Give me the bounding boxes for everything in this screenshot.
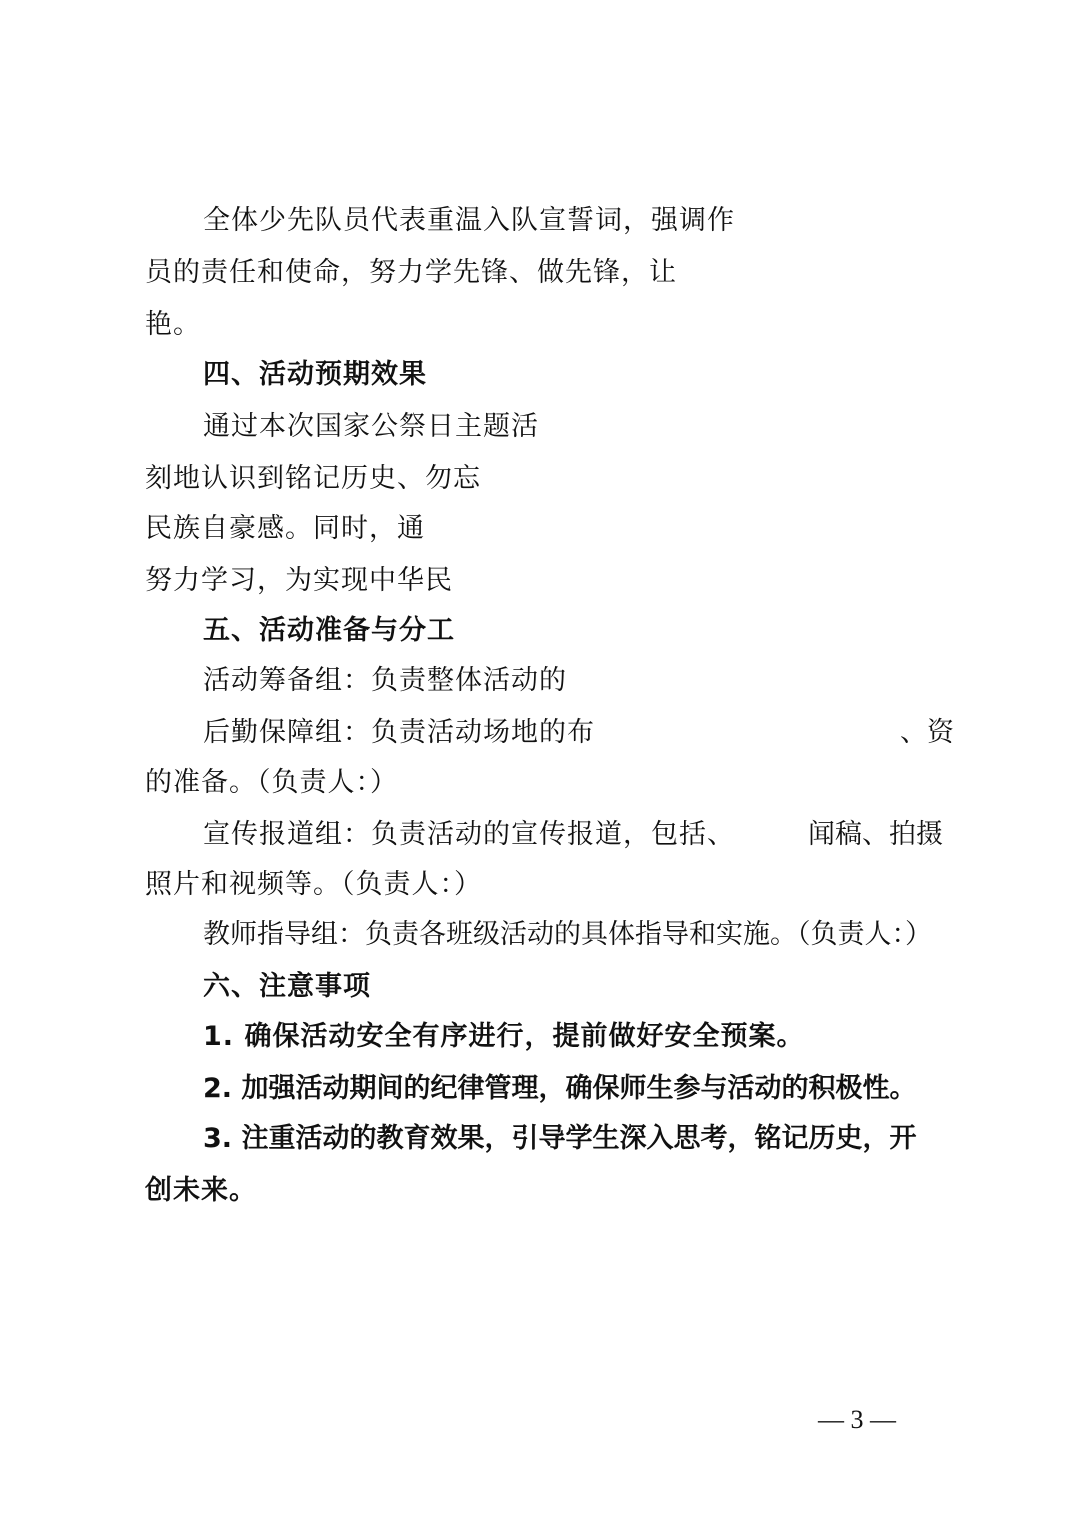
logistics-group-line-end: 、资: [900, 715, 954, 751]
section-4-line-4: 努力学习，为实现中华民: [145, 563, 453, 599]
planning-group-line: 活动筹备组：负责整体活动的: [203, 663, 567, 699]
publicity-group-line-2: 照片和视频等。（负责人：）: [145, 867, 482, 903]
section-4-line-2: 刻地认识到铭记历史、勿忘: [145, 461, 481, 497]
logistics-group-line-start: 后勤保障组：负责活动场地的布: [203, 715, 595, 751]
section-4-line-1: 通过本次国家公祭日主题活: [203, 409, 539, 445]
notice-item-1: 1. 确保活动安全有序进行，提前做好安全预案。: [203, 1019, 804, 1055]
pledge-line-1: 全体少先队员代表重温入队宣誓词，强调作: [203, 203, 735, 239]
publicity-group-line-end: 闻稿、拍摄: [808, 817, 943, 853]
notice-item-3-line-2: 创未来。: [145, 1173, 257, 1209]
notice-item-2: 2. 加强活动期间的纪律管理，确保师生参与活动的积极性。: [203, 1071, 916, 1107]
document-page: 全体少先队员代表重温入队宣誓词，强调作 员的责任和使命，努力学先锋、做先锋，让 …: [0, 0, 1080, 1527]
publicity-group-line-start: 宣传报道组：负责活动的宣传报道，包括、: [203, 817, 735, 853]
teacher-group-line: 教师指导组：负责各班级活动的具体指导和实施。（负责人：）: [203, 917, 932, 953]
pledge-line-2: 员的责任和使命，努力学先锋、做先锋，让: [145, 255, 677, 291]
section-6-heading: 六、注意事项: [203, 969, 371, 1005]
notice-item-3-line-1: 3. 注重活动的教育效果，引导学生深入思考，铭记历史，开: [203, 1121, 916, 1157]
page-number: — 3 —: [818, 1403, 896, 1437]
section-4-heading: 四、活动预期效果: [203, 357, 427, 393]
logistics-group-line-2: 的准备。（负责人：）: [145, 765, 398, 801]
section-4-line-3: 民族自豪感。同时，通: [145, 511, 425, 547]
pledge-line-3: 艳。: [145, 307, 201, 343]
section-5-heading: 五、活动准备与分工: [203, 613, 455, 649]
